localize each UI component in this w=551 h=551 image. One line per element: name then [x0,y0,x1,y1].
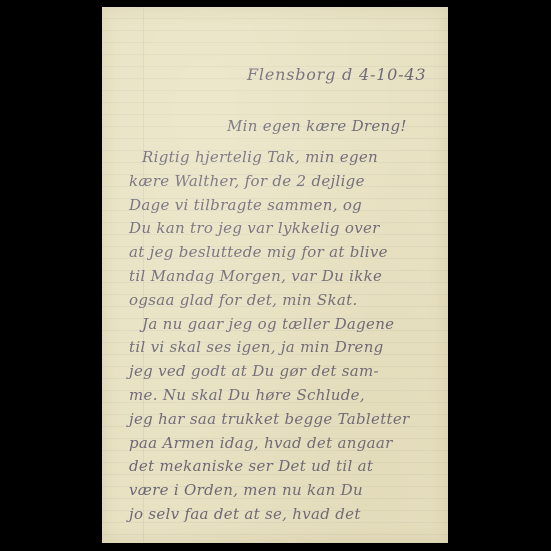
letter-line: me. Nu skal Du høre Schlude, [129,388,365,403]
letter-line: kære Walther, for de 2 dejlige [129,174,365,189]
letter-line: Du kan tro jeg var lykkelig over [129,221,380,236]
letter-line: jeg har saa trukket begge Tabletter [129,412,410,427]
letter-line: Rigtig hjertelig Tak, min egen [142,150,378,165]
letter-line: til Mandag Morgen, var Du ikke [129,269,382,284]
letter-line: Dage vi tilbragte sammen, og [129,198,362,213]
letter-line: jeg ved godt at Du gør det sam- [129,364,379,379]
letter-line: Ja nu gaar jeg og tæller Dagene [142,317,394,332]
letter-line: at jeg besluttede mig for at blive [129,245,388,260]
letter-page: Flensborg d 4-10-43 Min egen kære Dreng!… [102,7,448,543]
letter-line: paa Armen idag, hvad det angaar [129,436,393,451]
letter-date-line: Flensborg d 4-10-43 [247,67,426,83]
letter-line: ogsaa glad for det, min Skat. [129,293,358,308]
letter-line: være i Orden, men nu kan Du [129,483,363,498]
letter-line: til vi skal ses igen, ja min Dreng [129,340,384,355]
letter-line: det mekaniske ser Det ud til at [129,459,373,474]
letter-salutation: Min egen kære Dreng! [227,119,407,134]
letter-line: jo selv faa det at se, hvad det [129,507,361,522]
